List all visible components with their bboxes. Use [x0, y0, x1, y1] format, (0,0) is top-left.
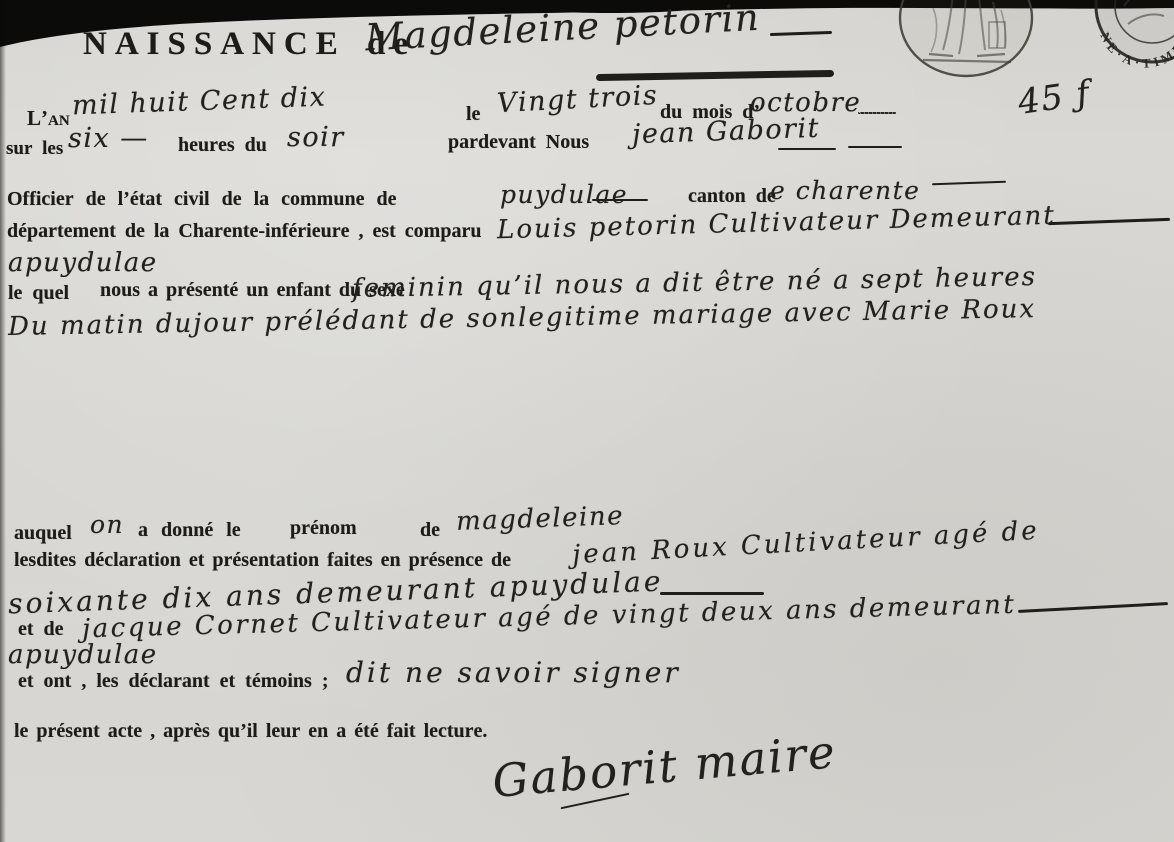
dash-after-witness1	[660, 592, 764, 595]
presence-label: lesdites déclaration et présentation fai…	[14, 549, 511, 572]
dots-after-month	[858, 112, 896, 114]
sur-les-label: sur les	[6, 138, 63, 160]
adonne-label: a donné le	[138, 519, 241, 542]
declarant-residence-value: apuydulae	[8, 248, 158, 278]
lequel-label: le quel	[8, 282, 69, 305]
auquel-label: auquel	[14, 522, 72, 545]
birth-certificate-scan: NE·A·TIMB NAISSANCE de Magdeleine petori…	[0, 0, 1174, 842]
time-of-day-value: soir	[287, 122, 345, 153]
le-label: le	[466, 103, 480, 126]
dash-after-officer-2	[848, 146, 902, 148]
witness1-value: jean Roux Cultivateur agé de	[572, 516, 1041, 570]
officer-name-value: jean Gaborit	[632, 113, 821, 151]
day-value: Vingt trois	[496, 80, 659, 119]
imperial-eagle-stamp-icon	[893, 0, 1043, 88]
round-timbre-stamp-icon: NE·A·TIMB	[1066, 0, 1174, 73]
commune-value: puydulae	[500, 180, 628, 209]
mayor-signature: Gaborit maire	[490, 725, 838, 808]
lecture-label: le présent acte , après qu’il leur en a …	[14, 720, 487, 743]
etont-label: et ont , les déclarant et témoins ;	[18, 670, 329, 693]
hour-value: six —	[68, 123, 149, 154]
year-label: L’an	[27, 106, 70, 131]
canton-label: canton de	[688, 185, 776, 208]
on-value: on	[90, 510, 124, 539]
name-heavy-underline	[596, 70, 834, 81]
flourish-after-declarant	[1048, 218, 1170, 225]
year-value: mil huit Cent dix	[72, 82, 327, 122]
dash-after-canton	[932, 181, 1006, 186]
witness2-residence-value: apuydulae	[8, 640, 158, 670]
dash-after-officer-1	[778, 148, 836, 150]
prenom-value: magdeleine	[456, 501, 625, 537]
heures-du-label: heures du	[178, 134, 267, 157]
de-label: de	[420, 519, 440, 542]
officier-line-label: Officier de l’état civil de la commune d…	[7, 188, 396, 211]
signer-value: dit ne savoir signer	[346, 656, 681, 689]
prenom-label: prénom	[290, 517, 357, 540]
fee-annotation: 45 ƒ	[1016, 73, 1094, 123]
scan-left-edge	[0, 0, 6, 842]
pardevant-label: pardevant Nous	[448, 131, 589, 154]
etde-label: et de	[18, 618, 64, 641]
dash-after-commune	[592, 199, 648, 201]
flourish-after-witness2	[1018, 602, 1168, 613]
canton-value: e charente	[770, 176, 920, 205]
departement-line-label: département de la Charente-inférieure , …	[7, 220, 481, 243]
